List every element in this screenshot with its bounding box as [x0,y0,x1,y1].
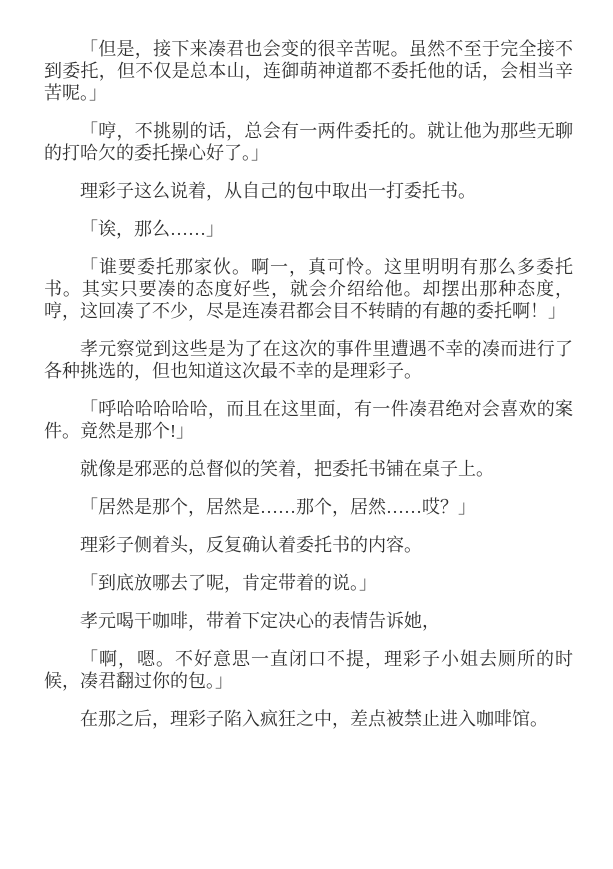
paragraph: 孝元喝干咖啡，带着下定决心的表情告诉她， [44,610,573,632]
paragraph: 理彩子这么说着，从自己的包中取出一打委托书。 [44,180,573,202]
novel-text-screen: { "document": { "language": "zh-CN", "ty… [0,0,613,869]
paragraph: 理彩子侧着头，反复确认着委托书的内容。 [44,534,573,556]
paragraph: 「但是，接下来凑君也会变的很辛苦呢。虽然不至于完全接不到委托，但不仅是总本山，连… [44,38,573,104]
paragraph: 「到底放哪去了呢，肯定带着的说。」 [44,572,573,594]
document-page: 「但是，接下来凑君也会变的很辛苦呢。虽然不至于完全接不到委托，但不仅是总本山，连… [0,0,613,869]
paragraph: 「谁要委托那家伙。啊一，真可怜。这里明明有那么多委托书。其实只要凑的态度好些，就… [44,256,573,322]
paragraph: 「居然是那个，居然是……那个，居然……哎？」 [44,496,573,518]
paragraph: 就像是邪恶的总督似的笑着，把委托书铺在桌子上。 [44,458,573,480]
paragraph: 孝元察觉到这些是为了在这次的事件里遭遇不幸的凑而进行了各种挑选的，但也知道这次最… [44,338,573,382]
paragraph: 「哼，不挑剔的话，总会有一两件委托的。就让他为那些无聊的打哈欠的委托操心好了。」 [44,120,573,164]
paragraph: 「诶，那么……」 [44,218,573,240]
paragraph: 在那之后，理彩子陷入疯狂之中，差点被禁止进入咖啡馆。 [44,708,573,730]
paragraph: 「呼哈哈哈哈哈，而且在这里面，有一件凑君绝对会喜欢的案件。竟然是那个!」 [44,398,573,442]
paragraph: 「啊，嗯。不好意思一直闭口不提，理彩子小姐去厕所的时候，凑君翻过你的包。」 [44,648,573,692]
